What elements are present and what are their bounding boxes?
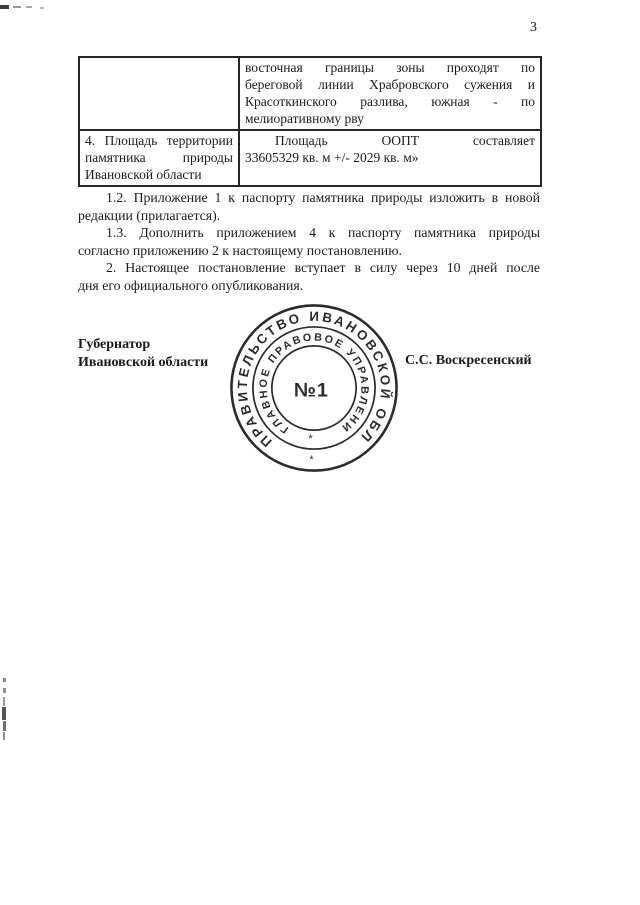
stamp-star-outer: *: [309, 454, 314, 466]
paragraph-line: дня его официального опубликования.: [78, 277, 540, 295]
cell-text-line: 33605329 кв. м +/- 2029 кв. м»: [245, 149, 535, 166]
stamp-star-inner: *: [308, 433, 313, 445]
cell-text-line: Площадь ООПТ составляет: [245, 132, 535, 149]
scan-artifact-dash: [26, 6, 32, 8]
scan-artifact-edge-line: [3, 721, 6, 731]
scan-artifact-edge-mark: [3, 678, 6, 682]
attributes-table: восточная границы зоны проходят по берег…: [78, 56, 542, 187]
table-cell-area-label: 4. Площадь территории памятника природы …: [79, 130, 239, 186]
scan-artifact-dash: [13, 6, 21, 8]
scan-artifact-edge-mark: [3, 688, 6, 693]
signatory-title-line: Губернатор: [78, 336, 208, 354]
signatory-name: С.С. Воскресенский: [405, 353, 532, 369]
scan-artifact-edge-line: [2, 707, 6, 720]
cell-text-line: 4. Площадь территории: [85, 132, 233, 149]
cell-text-line: Красоткинского разлива, южная - по: [245, 93, 535, 110]
cell-text-line: Ивановской области: [85, 166, 233, 183]
stamp-number-text: №1: [294, 380, 329, 402]
cell-text-line: береговой линии Храбровского сужения и: [245, 76, 535, 93]
table-row-boundary-description: восточная границы зоны проходят по берег…: [79, 57, 541, 130]
paragraph-2: 2. Настоящее постановление вступает в си…: [78, 259, 540, 294]
scan-artifact-dash: [40, 7, 44, 9]
signatory-title-line: Ивановской области: [78, 354, 208, 372]
page-number: 3: [530, 20, 537, 36]
paragraph-line: 2. Настоящее постановление вступает в си…: [78, 259, 540, 277]
cell-text-line: мелиоративному рву: [245, 110, 535, 127]
paragraphs: 1.2. Приложение 1 к паспорту памятника п…: [78, 189, 540, 294]
document-body: восточная границы зоны проходят по берег…: [78, 56, 540, 294]
table-cell-label-empty: [79, 57, 239, 130]
signatory-title: Губернатор Ивановской области: [78, 336, 208, 372]
scan-artifact-edge-line: [3, 697, 5, 706]
cell-text-line: восточная границы зоны проходят по: [245, 59, 535, 76]
stamp-seal-graphic: ПРАВИТЕЛЬСТВО ИВАНОВСКОЙ ОБЛАСТИ ГЛАВНОЕ…: [228, 302, 400, 474]
scan-artifact-dash: [0, 5, 9, 9]
document-page: 3 восточная границы зоны проходят по бер…: [0, 0, 640, 905]
table-row-area: 4. Площадь территории памятника природы …: [79, 130, 541, 186]
cell-text-line: памятника природы: [85, 149, 233, 166]
paragraph-1-2: 1.2. Приложение 1 к паспорту памятника п…: [78, 189, 540, 224]
scan-artifact-edge-line: [3, 732, 5, 740]
official-stamp: ПРАВИТЕЛЬСТВО ИВАНОВСКОЙ ОБЛАСТИ ГЛАВНОЕ…: [228, 302, 400, 474]
paragraph-1-3: 1.3. Дополнить приложением 4 к паспорту …: [78, 224, 540, 259]
paragraph-line: согласно приложению 2 к настоящему поста…: [78, 242, 540, 260]
paragraph-line: 1.3. Дополнить приложением 4 к паспорту …: [78, 224, 540, 242]
table-cell-area-value: Площадь ООПТ составляет 33605329 кв. м +…: [239, 130, 541, 186]
table-cell-boundary-text: восточная границы зоны проходят по берег…: [239, 57, 541, 130]
paragraph-line: редакции (прилагается).: [78, 207, 540, 225]
paragraph-line: 1.2. Приложение 1 к паспорту памятника п…: [78, 189, 540, 207]
